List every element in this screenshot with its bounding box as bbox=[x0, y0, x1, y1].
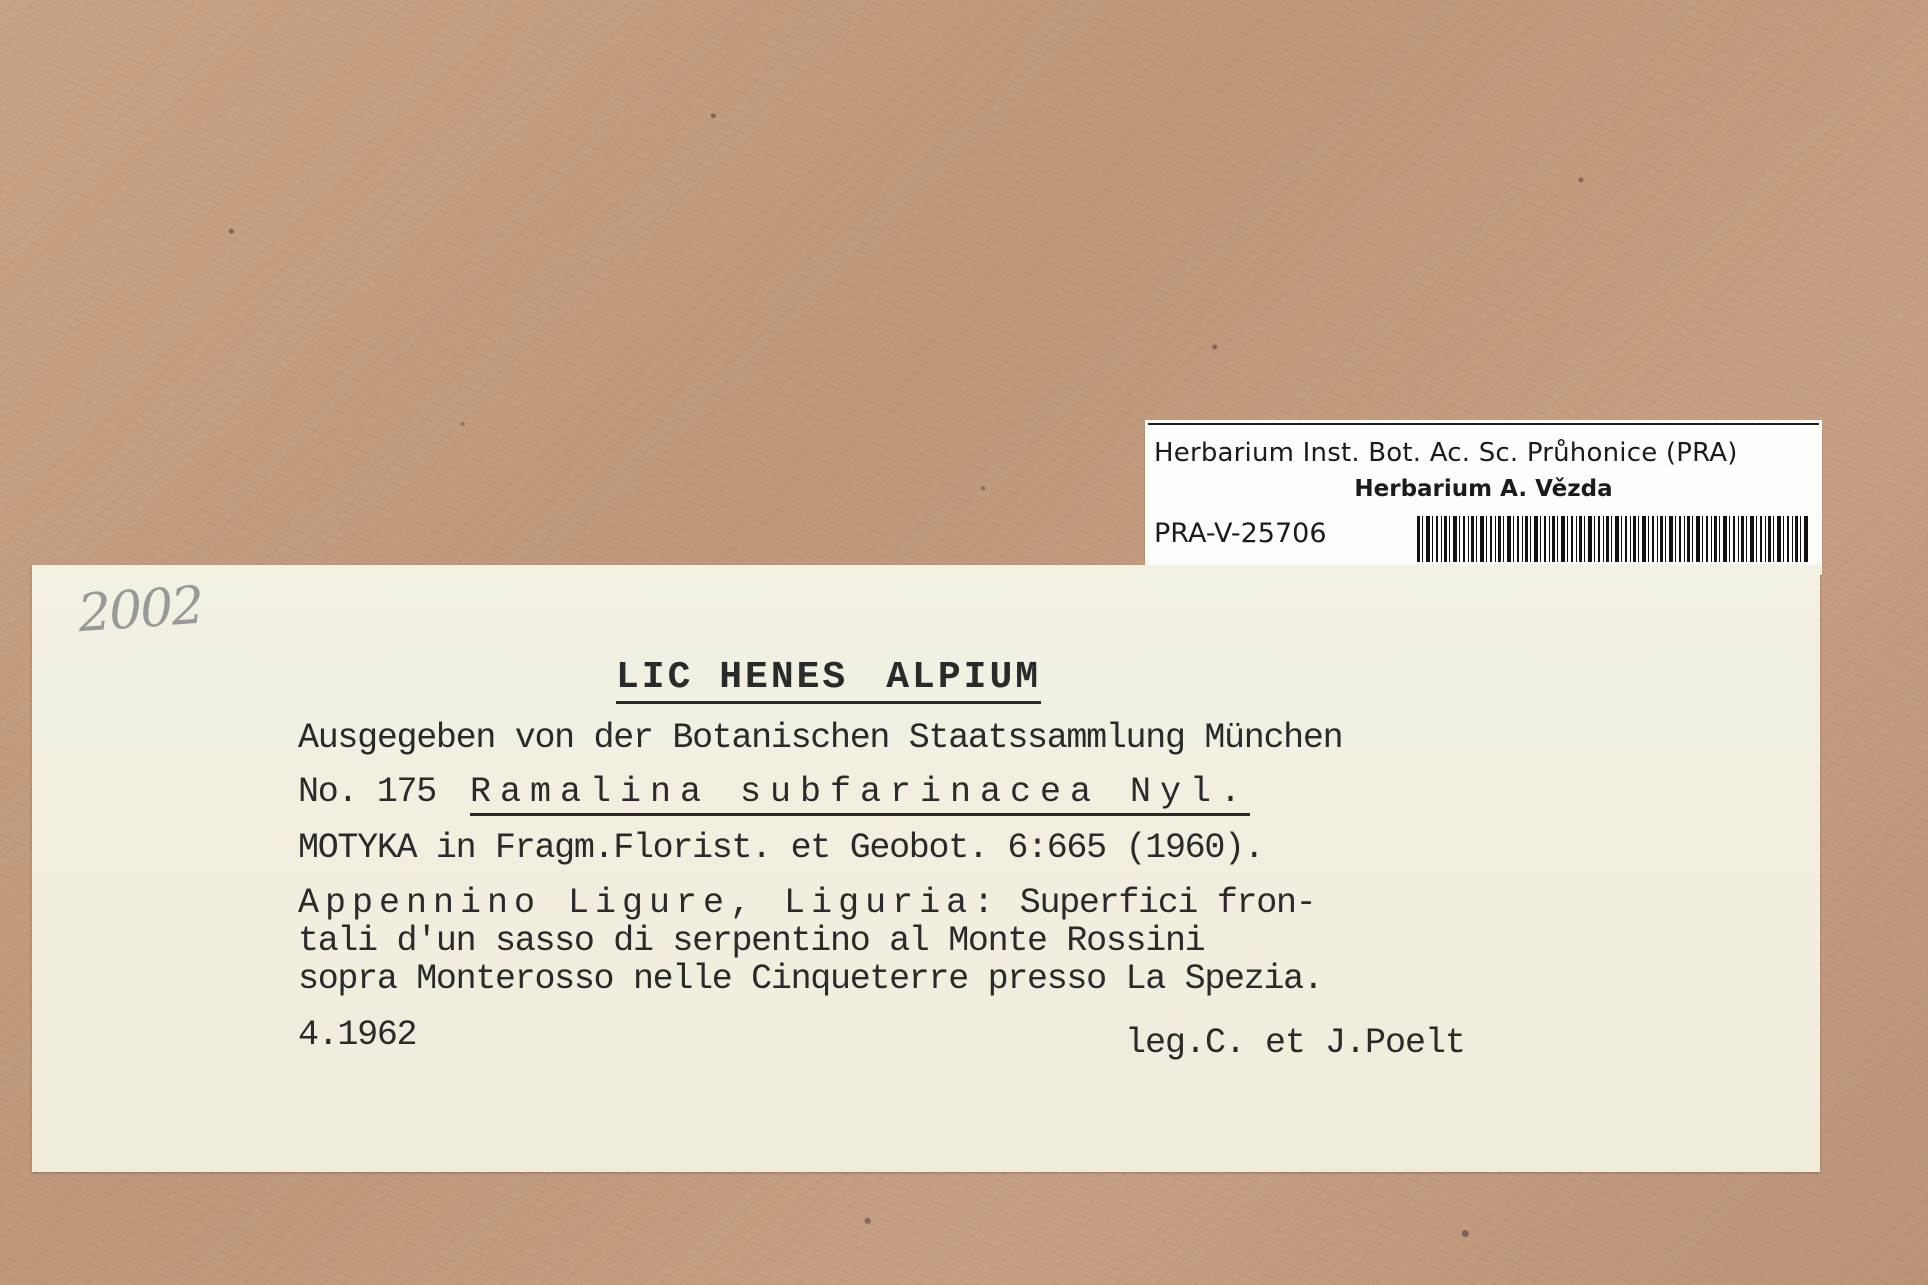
handwritten-pencil-number: 2002 bbox=[76, 576, 204, 645]
institution-name: Herbarium Inst. Bot. Ac. Sc. Průhonice (… bbox=[1154, 438, 1738, 468]
series-title-part2: ALPIUM bbox=[886, 656, 1041, 699]
series-title: LIC HENESALPIUM bbox=[616, 658, 1041, 704]
locality-line1-rest: Superfici fron- bbox=[1000, 883, 1315, 923]
species-name: Ramalina subfarinacea Nyl. bbox=[470, 773, 1250, 816]
locality-region: Appennino Ligure, Liguria: bbox=[298, 883, 1000, 923]
collection-name: Herbarium A. Vězda bbox=[1145, 476, 1822, 502]
literature-reference: MOTYKA in Fragm.Florist. et Geobot. 6:66… bbox=[298, 828, 1263, 868]
collectors: leg.C. et J.Poelt bbox=[1125, 1023, 1465, 1063]
specimen-id: PRA-V-25706 bbox=[1154, 518, 1327, 549]
pra-specimen-sticker: Herbarium Inst. Bot. Ac. Sc. Průhonice (… bbox=[1145, 420, 1822, 575]
barcode-icon bbox=[1417, 516, 1809, 562]
exsiccata-number-line: No. 175Ramalina subfarinacea Nyl. bbox=[298, 772, 1250, 816]
locality-line3: sopra Monterosso nelle Cinqueterre press… bbox=[298, 959, 1323, 999]
exsiccata-number: No. 175 bbox=[298, 772, 436, 812]
locality-description: Appennino Ligure, Liguria: Superfici fro… bbox=[298, 884, 1323, 998]
issuer-line: Ausgegeben von der Botanischen Staatssam… bbox=[298, 718, 1342, 758]
collection-date: 4.1962 bbox=[298, 1015, 416, 1055]
locality-line2: tali d'un sasso di serpentino al Monte R… bbox=[298, 921, 1204, 961]
series-title-part1: LIC HENES bbox=[616, 656, 848, 699]
sticker-top-rule bbox=[1148, 423, 1819, 425]
